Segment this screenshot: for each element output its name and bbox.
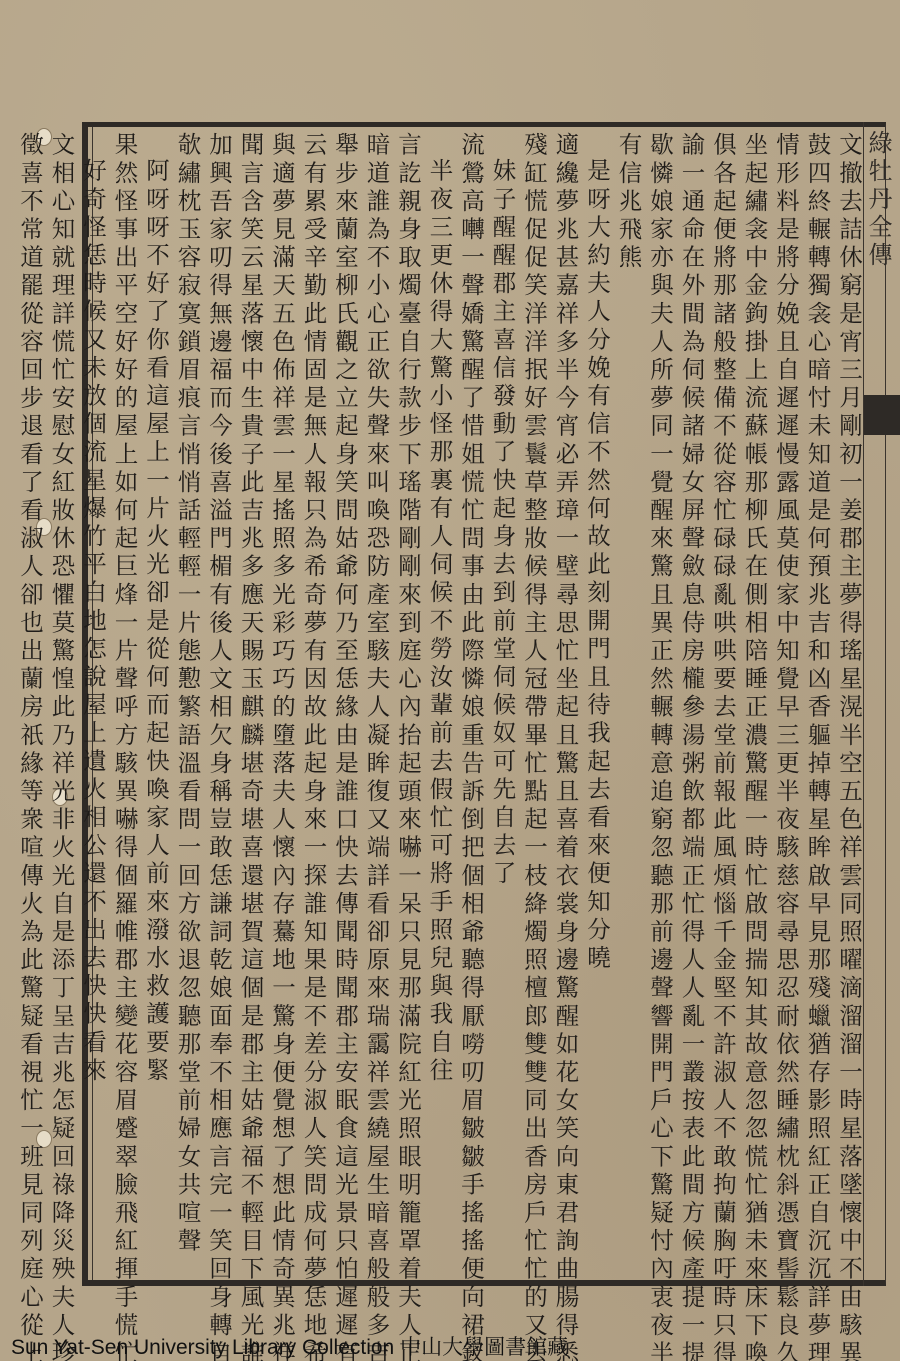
dialogue-column: 半夜三更休得大驚小怪那裏有人伺候不勞汝輩前去假忙可將手照兒與我自往 (423, 132, 455, 1280)
spine-title: 綠牡丹全傳 (868, 130, 896, 270)
text-column: 果然怪事出平空好好的屋上如何起巨烽一片聲呼方駭異嚇得個羅帷郡主變花容眉蹙翠臉飛紅… (108, 132, 140, 1280)
text-column: 鼓四終輾轉獨衾心暗忖未知道是何預兆吉和凶香軀掉轉星眸啟早見那殘蠟猶存影照紅正自沉… (801, 132, 833, 1280)
text-column: 諭一通命在外間為伺候諸婦女屏聲斂息侍房櫳參湯粥飲都端正忙得人人亂一叢按表此間方候… (675, 132, 707, 1280)
text-column: 殘缸慌促促笑洋洋抿好雲鬟草整妝候得主人冠帶畢忙點起一枝絳燭照檀郎雙雙同出香房戶忙… (518, 132, 550, 1280)
dialogue-column: 妹子醒醒郡主喜信發動了快起身去到前堂伺候奴可先自去了 (486, 132, 518, 1280)
text-column: 暗道誰為不小心正欲失聲來叫喚恐防產室駭夫人凝眸復又端詳看卻原來瑞靄祥雲繞屋生暗喜… (360, 132, 392, 1280)
dialogue-column: 阿呀呀不好了你看這屋上一片火光卻是從何而起快喚家人前來潑水救護要緊 (140, 132, 172, 1280)
dialogue-column: 好奇怪恁時候又未放個流星爆竹平白地怎說屋上遺火相公還不出去快快看來 (77, 132, 109, 1280)
text-column: 文相心知就理詳慌忙安慰女紅妝休恐懼莫驚惶此乃祥光非火光自是添丁呈吉兆怎疑回祿降災… (45, 132, 77, 1280)
text-column: 俱各起便將那諸般整備不從容忙碌碌亂哄哄要去堂前報此風煩惱千金堅不許淑人不敢拘蘭胸… (707, 132, 739, 1280)
text-column: 坐起繡衾中金鉤掛上流蘇帳那柳氏在側相陪睡正濃驚醒一時忙啟問揣知其故意忽忽慌忙猶未… (738, 132, 770, 1280)
text-column: 歇憐娘家亦與夫人所夢同一覺醒來驚且異正然輾轉意追窮忽聽那前邊聲響開門戶心下驚疑忖… (644, 132, 676, 1280)
text-column: 舉步來蘭室柳氏觀之立起身笑問姑爺何乃至恁緣由是誰口快去傳聞時聞郡主安眠食這光景只… (329, 132, 361, 1280)
text-column: 流鶯高囀一聲嬌驚醒了惜姐慌忙問事由此際憐娘重告訴倒把個相爺聽得厭嘮叨眉皺皺手搖搖… (455, 132, 487, 1280)
text-column: 欹繡枕玉容寂寞鎖眉痕言悄悄話輕輕一片態懃繁語溫看問一回方欲退忽聽那堂前婦女共喧聲 (171, 132, 203, 1280)
library-collection-caption: Sun Yat-Sen University Library Collectio… (11, 1331, 568, 1361)
text-column: 情形料是將分娩且自遲遲慢露風莫使家中知覺早三更半夜駭慈容尋思忍耐依然睡繡枕斜憑寶… (770, 132, 802, 1280)
text-column: 言訖親身取燭臺自行款步下瑤階剛剛來到庭心內抬起頭來嚇一呆只見那滿院紅光照眼明籠罩… (392, 132, 424, 1280)
text-column: 適纔夢兆甚嘉祥多半今宵必弄璋一壁尋思忙坐起且驚且喜着衣裳身邊驚醒如花女笑向東君詢… (549, 132, 581, 1280)
dialogue-column: 是呀大約夫人分娩有信不然何故此刻開門且待我起去看來便知分曉 (581, 132, 613, 1280)
vertical-text-body: 文撤去詰休窮是宵三月剛初一姜郡主夢得瑤星滉半空五色祥雲同照曜滴溜溜一時星落墜懷中… (96, 132, 864, 1280)
text-column: 文撤去詰休窮是宵三月剛初一姜郡主夢得瑤星滉半空五色祥雲同照曜滴溜溜一時星落墜懷中… (833, 132, 865, 1280)
text-column: 與適夢見滿天五色佈祥雲一星搖照多光彩巧巧的墮落夫人懷內存驀地一驚身便覺想了想此情… (266, 132, 298, 1280)
text-column: 加興吾家叨得無邊福而今後喜溢門楣有後人文相欠身稱豈敢恁謙詞乾娘面奉不相應言完一笑… (203, 132, 235, 1280)
spine-black-block (864, 395, 900, 435)
text-column: 云有累受辛勤此情固是無人報只為希奇夢有因故此起身來一探誰知果是不差分淑人笑問成何… (297, 132, 329, 1280)
text-column: 聞言含笑云星落懷中生貴子此吉兆多應天賜玉麒麟堪奇堪喜還堪賀這個是郡主姑爺福不輕目… (234, 132, 266, 1280)
text-column: 徵喜不常道罷從容回步退看了看淑人卻也出蘭房祇緣等衆喧傳火為此驚疑看視忙一班見同列… (14, 132, 46, 1280)
book-spine-margin (863, 122, 900, 1286)
text-column: 有信兆飛熊 (612, 132, 644, 1280)
